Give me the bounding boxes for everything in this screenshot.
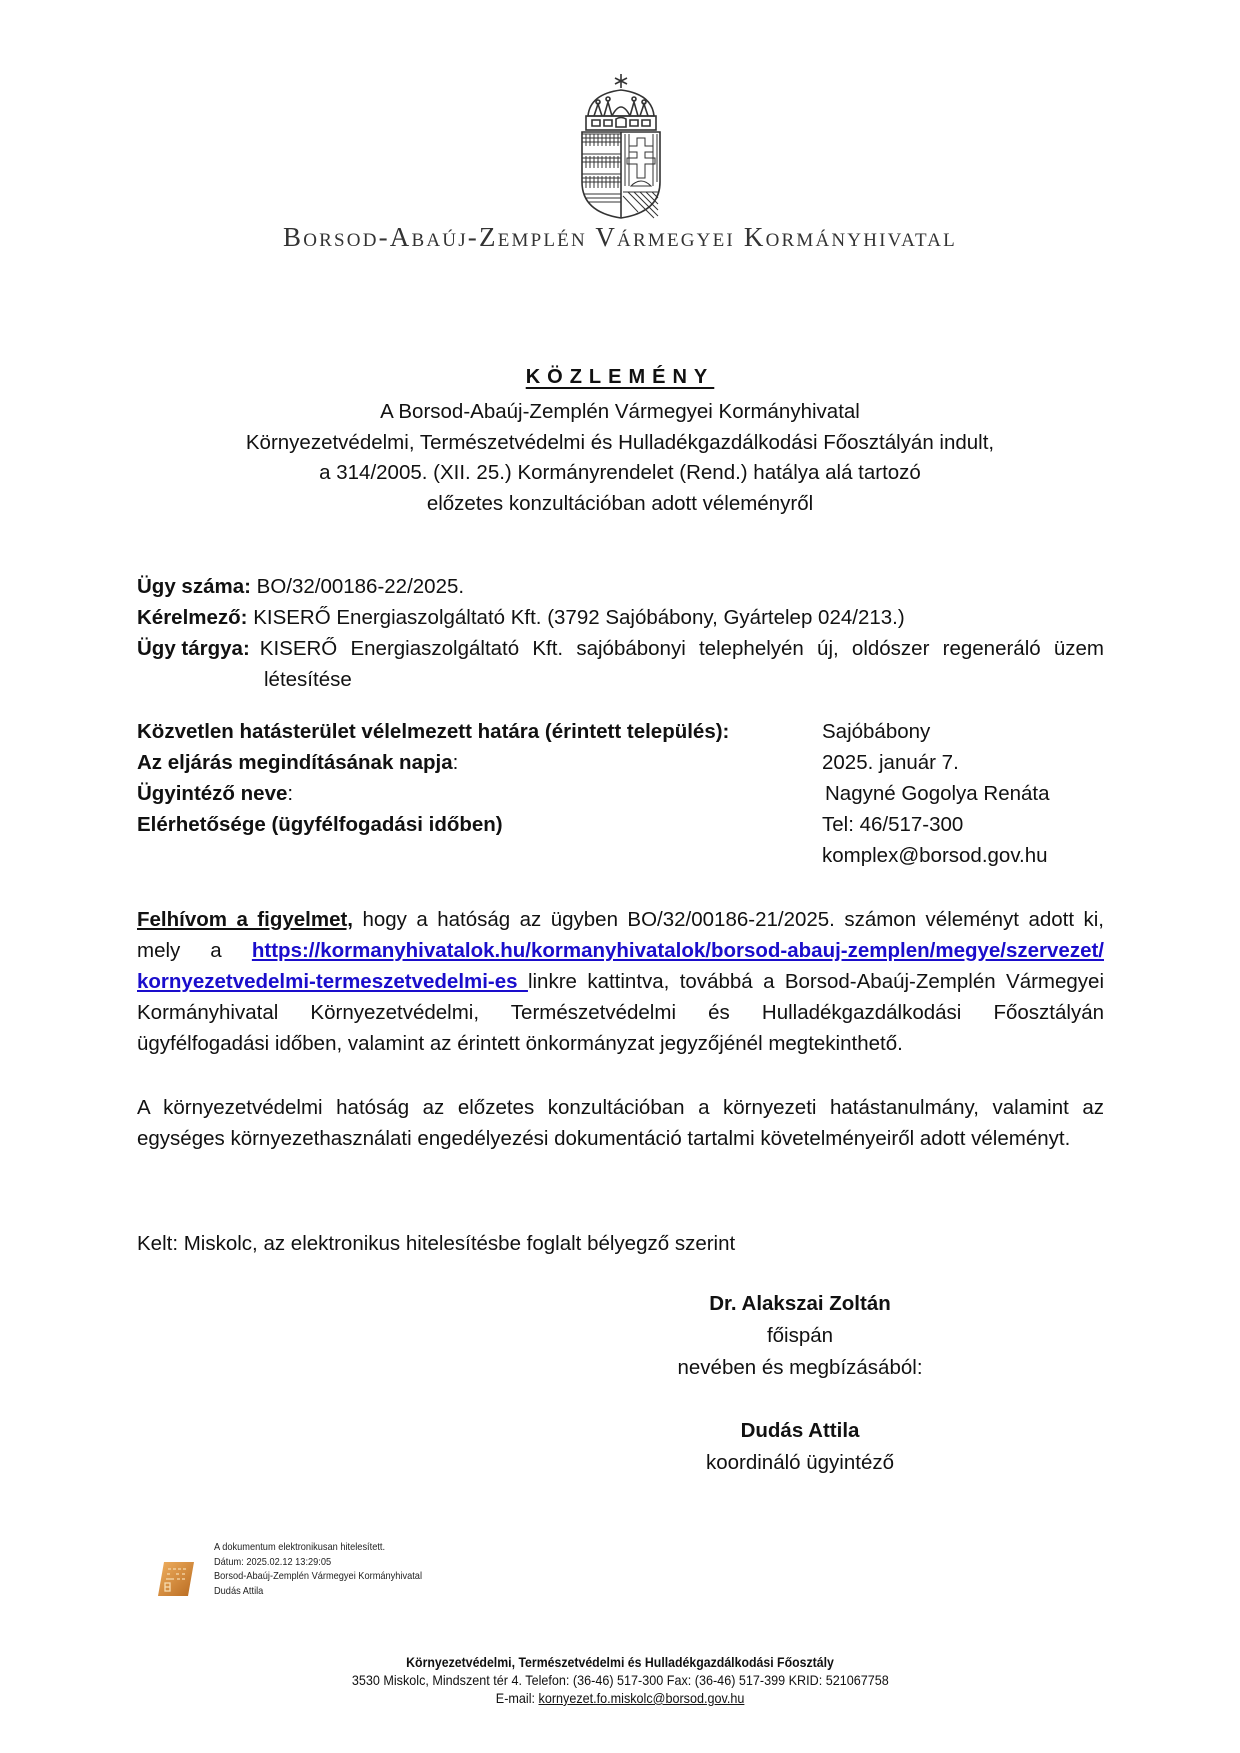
info-value: 2025. január 7. bbox=[817, 747, 959, 778]
e-signature-date: Dátum: 2025.02.12 13:29:05 bbox=[214, 1555, 422, 1570]
organization-name: Borsod-Abaúj-Zemplén Vármegyei Kormányhi… bbox=[0, 222, 1240, 253]
title-line: A Borsod-Abaúj-Zemplén Vármegyei Kormány… bbox=[0, 400, 1240, 424]
info-row: Az eljárás megindításának napja: 2025. j… bbox=[137, 747, 1104, 778]
on-behalf-text: nevében és megbízásából: bbox=[640, 1352, 960, 1384]
info-table: Közvetlen hatásterület vélelmezett határ… bbox=[137, 716, 1104, 871]
delegate-title: koordináló ügyintéző bbox=[640, 1447, 960, 1479]
info-label-suffix: : bbox=[287, 782, 293, 805]
footer: Környezetvédelmi, Természetvédelmi és Hu… bbox=[0, 1653, 1240, 1707]
info-value: Nagyné Gogolya Renáta bbox=[817, 778, 1050, 809]
applicant-value: KISERŐ Energiaszolgáltató Kft. (3792 Saj… bbox=[253, 606, 904, 629]
info-value: Sajóbábony bbox=[817, 716, 930, 747]
case-subject: Ügy tárgya: KISERŐ Energiaszolgáltató Kf… bbox=[137, 633, 1104, 664]
e-signature-signer: Dudás Attila bbox=[214, 1584, 422, 1599]
info-row: Ügyintéző neve: Nagyné Gogolya Renáta bbox=[137, 778, 1104, 809]
applicant: Kérelmező: KISERŐ Energiaszolgáltató Kft… bbox=[137, 602, 1104, 633]
info-label-suffix: : bbox=[453, 751, 459, 774]
case-details: Ügy száma: BO/32/00186-22/2025. Kérelmez… bbox=[137, 571, 1104, 695]
notice-text: a bbox=[210, 935, 221, 966]
case-number-value: BO/32/00186-22/2025. bbox=[257, 575, 464, 598]
signatory-title: főispán bbox=[640, 1320, 960, 1352]
consultation-text: A környezetvédelmi hatóság az előzetes k… bbox=[137, 1092, 1104, 1154]
delegate-name: Dudás Attila bbox=[640, 1415, 960, 1447]
coat-of-arms-icon bbox=[568, 72, 674, 220]
notice-text: hogy a hatóság az ügyben BO/32/00186-21/… bbox=[353, 908, 1104, 931]
subject-value-continued: létesítése bbox=[137, 664, 1104, 695]
title-line: a 314/2005. (XII. 25.) Kormányrendelet (… bbox=[0, 461, 1240, 485]
notice-text: mely bbox=[137, 935, 180, 966]
subject-value: KISERŐ Energiaszolgáltató Kft. sajóbábon… bbox=[250, 633, 1104, 664]
e-signature-chip-icon bbox=[156, 1560, 196, 1598]
contact-email: komplex@borsod.gov.hu bbox=[817, 840, 1048, 871]
decision-link[interactable]: https://kormanyhivatalok.hu/kormanyhivat… bbox=[252, 935, 1104, 966]
e-signature-line: A dokumentum elektronikusan hitelesített… bbox=[214, 1540, 422, 1555]
info-row: Elérhetősége (ügyfélfogadási időben) Tel… bbox=[137, 809, 1104, 840]
e-signature-text: A dokumentum elektronikusan hitelesített… bbox=[214, 1540, 422, 1598]
case-number-label: Ügy száma: bbox=[137, 575, 251, 598]
info-row: komplex@borsod.gov.hu bbox=[137, 840, 1104, 871]
info-row: Közvetlen hatásterület vélelmezett határ… bbox=[137, 716, 1104, 747]
applicant-label: Kérelmező: bbox=[137, 606, 248, 629]
document-title: KÖZLEMÉNY bbox=[0, 366, 1240, 389]
footer-department: Környezetvédelmi, Természetvédelmi és Hu… bbox=[406, 1653, 834, 1671]
info-label: Ügyintéző neve bbox=[137, 782, 287, 805]
subject-label: Ügy tárgya: bbox=[137, 633, 250, 664]
signature-block: Dr. Alakszai Zoltán főispán nevében és m… bbox=[640, 1288, 960, 1479]
info-label: Közvetlen hatásterület vélelmezett határ… bbox=[137, 720, 729, 743]
signatory-name: Dr. Alakszai Zoltán bbox=[640, 1288, 960, 1320]
e-signature-org: Borsod-Abaúj-Zemplén Vármegyei Kormányhi… bbox=[214, 1569, 422, 1584]
case-number: Ügy száma: BO/32/00186-22/2025. bbox=[137, 571, 1104, 602]
title-line: Környezetvédelmi, Természetvédelmi és Hu… bbox=[0, 431, 1240, 455]
footer-email-link[interactable]: kornyezet.fo.miskolc@borsod.gov.hu bbox=[538, 1690, 744, 1706]
notice-lead: Felhívom a figyelmet, bbox=[137, 908, 353, 931]
issue-place-date: Kelt: Miskolc, az elektronikus hitelesít… bbox=[137, 1232, 735, 1256]
info-label: Elérhetősége (ügyfélfogadási időben) bbox=[137, 813, 503, 836]
e-signature-stamp: A dokumentum elektronikusan hitelesített… bbox=[152, 1540, 442, 1610]
notice-paragraph: Felhívom a figyelmet, hogy a hatóság az … bbox=[137, 904, 1104, 1059]
decision-link-continued[interactable]: kornyezetvedelmi-termeszetvedelmi-es bbox=[137, 970, 528, 993]
footer-address: 3530 Miskolc, Mindszent tér 4. Telefon: … bbox=[352, 1671, 889, 1689]
title-line: előzetes konzultációban adott véleményrő… bbox=[0, 492, 1240, 516]
footer-email-label: E-mail: bbox=[496, 1690, 539, 1706]
consultation-paragraph: A környezetvédelmi hatóság az előzetes k… bbox=[137, 1092, 1104, 1154]
info-value: Tel: 46/517-300 bbox=[817, 809, 963, 840]
info-label: Az eljárás megindításának napja bbox=[137, 751, 453, 774]
